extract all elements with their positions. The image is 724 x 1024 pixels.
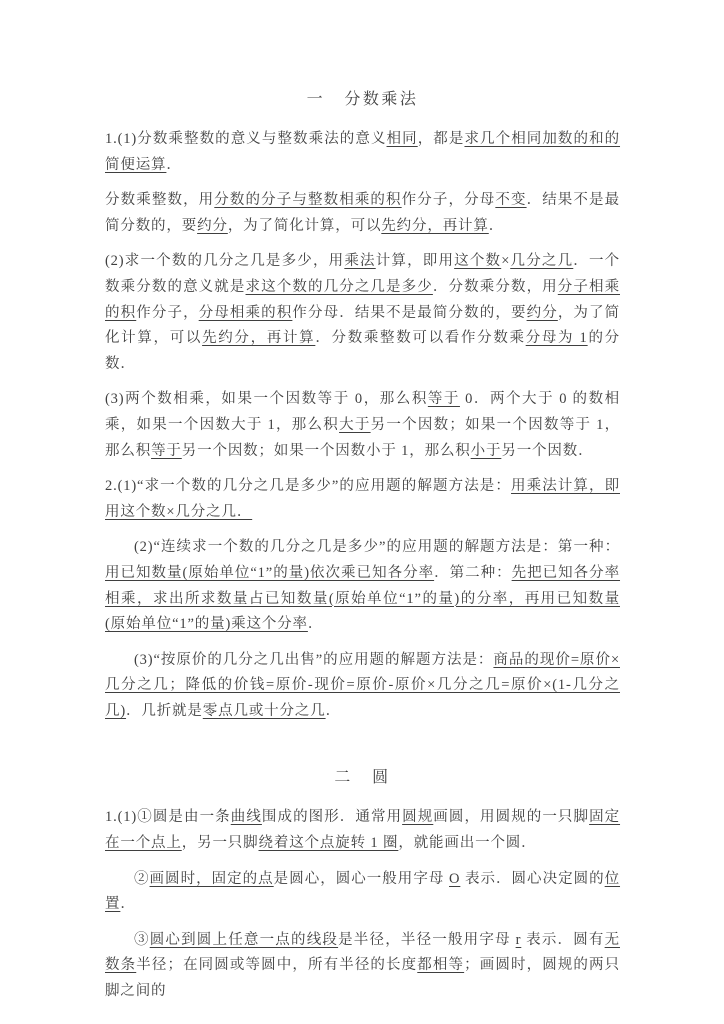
underlined-text: 约分 [527,305,558,321]
paragraph: (2)“连续求一个数的几分之几是多少”的应用题的解题方法是：第一种：用已知数量(… [105,535,620,637]
section-title: 一分数乘法 [105,88,620,112]
underlined-text: 圆心到圆上任意一点的线段 [150,932,338,948]
underlined-text: 分数的分子与整数相乘的积 [214,192,401,208]
underlined-text: 先约分，再计算 [202,330,315,346]
document-section-1: 一分数乘法1.(1)分数乘整数的意义与整数乘法的意义相同，都是求几个相同加数的和… [105,88,620,724]
underlined-text: 不变 [495,192,526,208]
underlined-text: r [516,932,522,948]
underlined-text: O [449,871,460,887]
underlined-text: 用乘法计算，即用这个数×几分之几． [105,478,620,520]
underlined-text: 零点几或十分之几 [203,703,326,719]
underlined-text: 分母为 1 [526,330,588,346]
underlined-text: 先约分，再计算 [381,218,488,234]
underlined-text: 小于 [471,443,502,459]
underlined-text: 曲线 [231,809,262,825]
underlined-text: 绕着这个点旋转 1 圈 [259,835,399,851]
document-content: 一分数乘法1.(1)分数乘整数的意义与整数乘法的意义相同，都是求几个相同加数的和… [105,88,620,1005]
underlined-text: 求这个数的几分之几是多少 [246,279,433,295]
underlined-text: 约分 [197,218,228,234]
underlined-text: 画圆时，固定的点 [150,871,274,887]
section-title-text: 分数乘法 [344,91,418,108]
underlined-text: 等于 [428,391,460,407]
underlined-text: 等于 [151,443,182,459]
underlined-text: 大于 [339,417,371,433]
paragraph: (2)求一个数的几分之几是多少，用乘法计算，即用这个数×几分之几．一个数乘分数的… [105,249,620,377]
paragraph: ③圆心到圆上任意一点的线段是半径，半径一般用字母 r 表示．圆有无数条半径；在同… [105,928,620,1005]
paragraph: 1.(1)①圆是由一条曲线围成的图形．通常用圆规画圆，用圆规的一只脚固定在一个点… [105,805,620,856]
underlined-text: 几分之几 [510,253,573,269]
paragraph: (3)“按原价的几分之几出售”的应用题的解题方法是：商品的现价=原价×几分之几；… [105,648,620,725]
underlined-text: 商品的现价=原价×几分之几；降低的价钱=原价-现价=原价-原价×几分之几=原价×… [105,652,620,719]
underlined-text: 都相等 [417,957,464,973]
paragraph: 分数乘整数，用分数的分子与整数相乘的积作分子，分母不变．结果不是最简分数的，要约… [105,188,620,239]
section-number: 二 [334,769,353,786]
underlined-text: 分母相乘的积 [199,305,293,321]
section-title-text: 圆 [372,769,391,786]
underlined-text: 相同 [387,131,418,147]
document-section-2: 二圆1.(1)①圆是由一条曲线围成的图形．通常用圆规画圆，用圆规的一只脚固定在一… [105,766,620,1004]
paragraph: 1.(1)分数乘整数的意义与整数乘法的意义相同，都是求几个相同加数的和的简便运算… [105,127,620,178]
paragraph: 2.(1)“求一个数的几分之几是多少”的应用题的解题方法是：用乘法计算，即用这个… [105,474,620,525]
underlined-text: 用已知数量(原始单位“1”的量)依次乘已知各分率 [105,565,434,581]
underlined-text: 圆规 [402,809,433,825]
section-title: 二圆 [105,766,620,790]
underlined-text: 这个数 [454,253,501,269]
underlined-text: 求几个相同加数的和的简便运算 [105,131,620,173]
document-page: 一分数乘法1.(1)分数乘整数的意义与整数乘法的意义相同，都是求几个相同加数的和… [0,0,724,1024]
paragraph: ②画圆时，固定的点是圆心，圆心一般用字母 O 表示．圆心决定圆的位置． [105,867,620,918]
paragraph: (3)两个数相乘，如果一个因数等于 0，那么积等于 0．两个大于 0 的数相乘，… [105,387,620,464]
underlined-text: 乘法 [344,253,375,269]
section-number: 一 [307,91,326,108]
